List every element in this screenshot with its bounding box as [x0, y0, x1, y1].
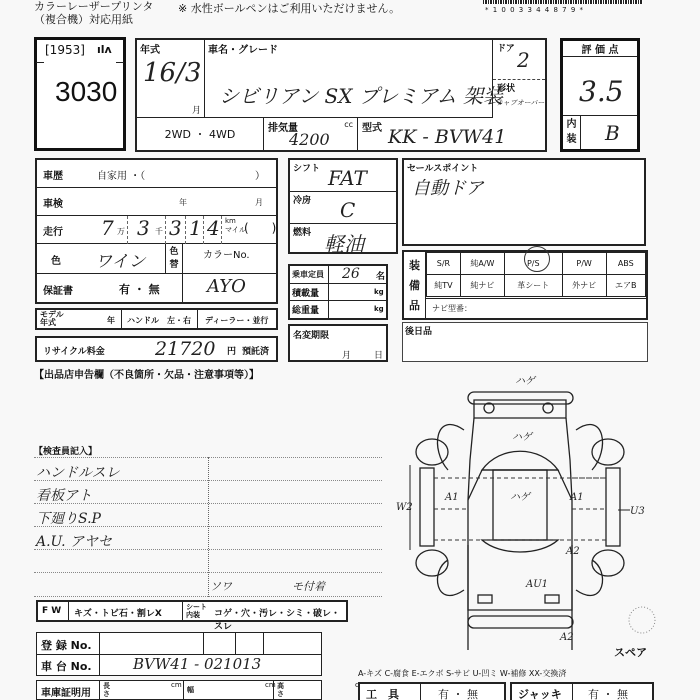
month-unit: 月: [255, 197, 263, 208]
history-row: 車歴 自家用 ・（ ）: [37, 160, 276, 188]
recycle-label: リサイクル料金: [43, 344, 105, 357]
equipment-label: 装備品: [404, 252, 426, 318]
history-value: 自家用 ・（: [97, 167, 145, 182]
damage-legend: A-キズ C-腐食 E-エクボ S-サビ U-凹ミ W-補修 XX-交換済: [358, 668, 566, 679]
lot-code: [1953]: [45, 43, 85, 57]
equip-abs: ABS: [606, 253, 645, 275]
lot-box: [1953] ılʌ 3030: [34, 37, 126, 151]
color-row: 色 ワイン 色替 カラーNo.: [37, 244, 276, 274]
history-label: 車歴: [43, 167, 63, 182]
equip-navi: 純ナビ: [460, 275, 504, 297]
sales-point-label: セールスポイント: [407, 161, 478, 174]
damage-mark: A1: [569, 492, 584, 503]
damage-mark: A2: [559, 632, 574, 643]
color-value: ワイン: [95, 247, 146, 272]
load-label: 積載量: [292, 286, 319, 299]
grade-score: 3.5: [579, 75, 624, 108]
jack-row: ジャッキ 有 ・ 無: [510, 682, 654, 700]
recycle-fee: 21720: [155, 338, 215, 360]
door-value: 2: [517, 48, 530, 72]
equip-power-window: P/W: [562, 253, 606, 275]
load-row: 積載量 kg: [290, 284, 386, 301]
ac-value: C: [340, 198, 355, 222]
year-cell: 年式 16/3 月: [137, 40, 205, 118]
height-label: 高さ: [277, 682, 285, 698]
model-year-row: モデル年式 年 ハンドル 左・右 ディーラー・並行: [35, 308, 278, 330]
door-cell: ドア 2: [493, 40, 545, 80]
damage-mark: ハゲ: [515, 375, 537, 387]
tools-label: 工 具: [366, 686, 399, 700]
width-label: 幅: [187, 685, 194, 695]
damage-mark: ハゲ: [512, 431, 534, 443]
equip-alloy-wheel: 純A/W: [460, 253, 504, 275]
navi-model-label: ナビ型番：: [426, 298, 646, 318]
seller-notes-label: 【出品店申告欄（不良箇所・欠品・注意事項等）】: [34, 366, 259, 381]
damage-mark: ハゲ: [510, 491, 532, 503]
inspector-note: 看板アト: [36, 485, 92, 505]
shift-row: シフト FAT: [290, 160, 396, 192]
lot-number: 3030: [55, 76, 117, 108]
sales-point: セールスポイント 自動ドア: [402, 158, 646, 246]
warranty-value: 有 ・ 無: [119, 281, 160, 297]
drive-type: 2WD ・ 4WD: [137, 118, 264, 150]
mileage-digit: 3: [137, 216, 150, 240]
paper-note: カラーレーザープリンタ （複合機）対応用紙: [34, 0, 153, 26]
shift-label: シフト: [293, 161, 320, 174]
ac-label: 冷房: [293, 193, 311, 206]
warranty-label: 保証書: [43, 282, 73, 297]
mileage-row: 走行 7 万 3 千 3 1 4 kmマイル ( ): [37, 216, 276, 244]
jack-value: 有 ・ 無: [588, 686, 628, 700]
length-label: 長さ: [103, 682, 111, 698]
shape-value: チャブオーバー: [496, 98, 544, 108]
interior-label: 内装: [563, 115, 581, 149]
damage-mark: U3: [630, 506, 645, 517]
recycle-status: 預託済: [242, 344, 269, 357]
door-label: ドア: [497, 41, 515, 54]
equip-tv: 純TV: [427, 275, 461, 297]
seat-label: シート内装: [186, 603, 208, 619]
damage-mark: AU1: [525, 579, 548, 590]
inspection-row: 車検 年 月: [37, 188, 276, 216]
car-name-label: 車名・グレード: [208, 41, 278, 56]
capacity-value: 26: [342, 266, 360, 282]
equipment-block: 装備品 S/R 純A/W P/S P/W ABS 純TV 純ナビ 革シート 外ナ…: [402, 250, 648, 320]
interior-grade: B: [605, 121, 620, 145]
handle-side: ハンドル 左・右: [127, 315, 191, 326]
color-label: 色: [51, 252, 61, 267]
inspector-note: A.U. アヤセ: [36, 531, 112, 551]
spare-label: スペア: [614, 644, 647, 660]
later-items: 後日品: [402, 322, 648, 362]
mileage-label: 走行: [43, 223, 63, 238]
chassis-number: BVW41 - 021013: [133, 655, 261, 673]
warranty-row: 保証書 有 ・ 無: [37, 274, 183, 302]
later-items-label: 後日品: [405, 324, 432, 337]
dealer-parallel: ディーラー・並行: [205, 315, 268, 326]
equip-sunroof: S/R: [427, 253, 461, 275]
gross-row: 総重量 kg: [290, 301, 386, 318]
recycle-row: リサイクル料金 21720 円 預託済: [35, 336, 278, 362]
year-unit: 年: [179, 197, 187, 208]
vehicle-info-block: 年式 16/3 月 車名・グレード シビリアン SX プレミアム 架装 ドア 2…: [135, 38, 547, 152]
inspection-label: 車検: [43, 195, 63, 210]
damage-mark: A1: [444, 492, 459, 503]
mileage-unit: kmマイル: [225, 217, 246, 235]
ac-row: 冷房 C: [290, 192, 396, 224]
damage-mark: A2: [565, 546, 580, 557]
car-name-cell: 車名・グレード シビリアン SX プレミアム 架装: [205, 40, 493, 118]
garage-cert-label: 車庫証明用: [41, 684, 91, 699]
barcode: [483, 0, 643, 4]
tools-row: 工 具 有 ・ 無: [358, 682, 506, 700]
ps-circle-mark: [524, 246, 550, 272]
seat-items: コゲ・穴・汚レ・シミ・破レ・スレ: [214, 606, 346, 632]
capacity-block: 乗車定員 26 名 積載量 kg 総重量 kg: [288, 264, 388, 320]
capacity-label: 乗車定員: [292, 269, 324, 280]
displacement-value: 4200: [289, 130, 330, 149]
fuel-value: 軽油: [324, 228, 364, 257]
displacement-cell: 排気量 cc 4200: [264, 118, 358, 150]
shift-value: FAT: [328, 166, 367, 190]
reg-number-row: 登 録 No.: [37, 633, 321, 655]
history-block: 車歴 自家用 ・（ ） 車検 年 月 走行 7 万 3 千 3 1 4 kmマイ…: [35, 158, 278, 304]
lot-mark: ılʌ: [97, 43, 112, 56]
shape-cell: 形状 チャブオーバー: [493, 80, 545, 118]
paper-type-note: （複合機）対応用紙: [34, 13, 153, 26]
transfer-label: 名変期限: [293, 328, 329, 341]
month-unit: 月: [192, 103, 201, 116]
model-year-label: モデル年式: [40, 311, 66, 327]
year-label: 年式: [140, 41, 160, 56]
seat-note: ソワ: [210, 578, 232, 594]
grade-label: 評 価 点: [563, 41, 637, 57]
printer-note: カラーレーザープリンタ: [34, 0, 153, 13]
garage-cert-row: 車庫証明用 長さ cm 幅 cm 高さ cm: [36, 680, 322, 700]
fuel-label: 燃料: [293, 225, 311, 238]
jack-label: ジャッキ: [518, 686, 562, 700]
gross-label: 総重量: [292, 303, 319, 316]
model-value: KK - BVW41: [388, 126, 506, 148]
equip-leather: 革シート: [504, 275, 562, 297]
grade-box: 評 価 点 3.5 内装 B: [560, 38, 640, 152]
equip-ext-navi: 外ナビ: [562, 275, 606, 297]
inspector-label: 【検査員記入】: [34, 444, 97, 457]
mileage-digit: 4: [207, 216, 220, 240]
chassis-row: 車 台 No. BVW41 - 021013: [37, 655, 321, 675]
mileage-digit: 1: [189, 216, 202, 240]
fw-bar: F W キズ・トビ石・割レX シート内装 コゲ・穴・汚レ・シミ・破レ・スレ: [36, 600, 348, 622]
seat-note: モ付着: [292, 578, 325, 594]
fw-items: キズ・トビ石・割レX: [74, 606, 162, 619]
car-damage-diagram: ハゲ ハゲ A1 ハゲ A1 W2 U3 A2 AU1 A2: [390, 370, 700, 650]
color-change-label: 色替: [165, 244, 183, 274]
model-label: 型式: [362, 119, 382, 134]
sales-point-value: 自動ドア: [412, 174, 483, 200]
cc-unit: cc: [344, 120, 353, 129]
inspector-note: ハンドルスレ: [36, 462, 120, 482]
equip-airbag: エアB: [606, 275, 645, 297]
shape-label: 形状: [497, 81, 515, 94]
fuel-row: 燃料 軽油: [290, 224, 396, 252]
color-number-value: AYO: [207, 276, 246, 297]
mileage-digit: 3: [169, 216, 182, 240]
pen-warning: ※ 水性ボールペンはご利用いただけません。: [178, 0, 400, 16]
tools-value: 有 ・ 無: [438, 686, 478, 700]
transfer-deadline: 名変期限 月 日: [288, 324, 388, 362]
barcode-text: * 1 0 0 3 3 4 4 8 7 9 *: [485, 6, 584, 14]
color-number-label: カラーNo.: [203, 246, 250, 261]
mileage-digit: 7: [101, 216, 114, 240]
registration-block: 登 録 No. 車 台 No. BVW41 - 021013: [36, 632, 322, 676]
spec-block: シフト FAT 冷房 C 燃料 軽油: [288, 158, 398, 254]
fw-label: F W: [42, 606, 61, 616]
capacity-row: 乗車定員 26 名: [290, 266, 386, 284]
chassis-label: 車 台 No.: [41, 658, 92, 674]
reg-number-label: 登 録 No.: [41, 637, 92, 653]
year-value: 16/3: [143, 58, 201, 88]
model-cell: 型式 KK - BVW41: [358, 118, 545, 150]
inspector-note: 下廻りS.P: [36, 508, 101, 528]
car-name-value: シビリアン SX プレミアム 架装: [219, 80, 503, 109]
